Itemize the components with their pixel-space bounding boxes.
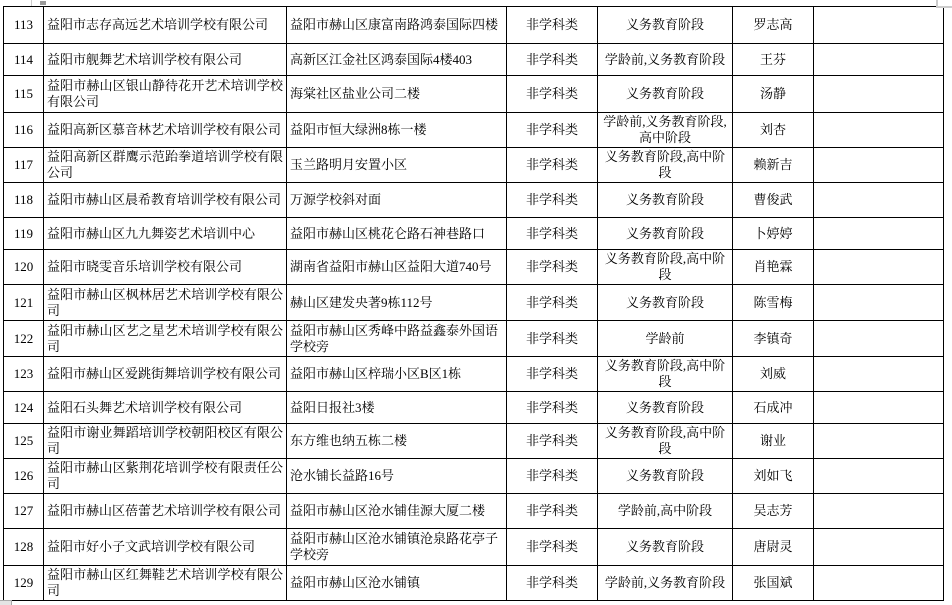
cell-contact-name[interactable]: 刘如飞 xyxy=(733,459,814,494)
cell-school-name[interactable]: 益阳市赫山区蓓蕾艺术培训学校有限公司 xyxy=(44,494,287,529)
cell-empty[interactable] xyxy=(814,7,944,44)
cell-school-name[interactable]: 益阳市好小子文武培训学校有限公司 xyxy=(44,529,287,566)
table-row: 123 益阳市赫山区爱跳街舞培训学校有限公司 益阳市赫山区梓瑞小区B区1栋 非学… xyxy=(4,357,944,392)
cell-row-number[interactable]: 123 xyxy=(4,357,44,392)
cell-school-name[interactable]: 益阳市赫山区艺之星艺术培训学校有限公司 xyxy=(44,321,287,357)
cell-contact-name[interactable]: 张国斌 xyxy=(733,566,814,601)
cell-contact-name[interactable]: 卜婷婷 xyxy=(733,218,814,250)
table-row: 122 益阳市赫山区艺之星艺术培训学校有限公司 益阳市赫山区秀峰中路益鑫泰外国语… xyxy=(4,321,944,357)
cell-empty[interactable] xyxy=(814,76,944,113)
cell-row-number[interactable]: 121 xyxy=(4,285,44,321)
training-schools-table: 113 益阳市志存高远艺术培训学校有限公司 益阳市赫山区康富南路鸿泰国际四楼 非… xyxy=(3,6,944,601)
cell-row-number[interactable]: 129 xyxy=(4,566,44,601)
table-row: 129 益阳市赫山区红舞鞋艺术培训学校有限公司 益阳市赫山区沧水铺镇 非学科类 … xyxy=(4,566,944,601)
cell-category[interactable]: 非学科类 xyxy=(507,357,598,392)
cell-empty[interactable] xyxy=(814,285,944,321)
cell-category[interactable]: 非学科类 xyxy=(507,218,598,250)
table-row: 114 益阳市舰舞艺术培训学校有限公司 高新区江金社区鸿泰国际4楼403 非学科… xyxy=(4,44,944,76)
cell-row-number[interactable]: 117 xyxy=(4,148,44,183)
cell-contact-name[interactable]: 肖艳霖 xyxy=(733,250,814,285)
ui-fragment-top-left-mark xyxy=(40,1,46,5)
cell-education-stage[interactable]: 学龄前,义务教育阶段 xyxy=(598,44,733,76)
cell-education-stage[interactable]: 义务教育阶段 xyxy=(598,392,733,424)
cell-education-stage[interactable]: 义务教育阶段 xyxy=(598,76,733,113)
cell-address[interactable]: 益阳市恒大绿洲8栋一楼 xyxy=(287,113,507,148)
cell-education-stage[interactable]: 义务教育阶段,高中阶段 xyxy=(598,357,733,392)
cell-empty[interactable] xyxy=(814,183,944,218)
cell-category[interactable]: 非学科类 xyxy=(507,76,598,113)
cell-empty[interactable] xyxy=(814,148,944,183)
cell-school-name[interactable]: 益阳市赫山区爱跳街舞培训学校有限公司 xyxy=(44,357,287,392)
cell-empty[interactable] xyxy=(814,424,944,459)
cell-address[interactable]: 益阳市赫山区康富南路鸿泰国际四楼 xyxy=(287,7,507,44)
cell-school-name[interactable]: 益阳市晓雯音乐培训学校有限公司 xyxy=(44,250,287,285)
cell-address[interactable]: 沧水铺长益路16号 xyxy=(287,459,507,494)
cell-category[interactable]: 非学科类 xyxy=(507,459,598,494)
cell-education-stage[interactable]: 义务教育阶段,高中阶段 xyxy=(598,148,733,183)
cell-education-stage[interactable]: 学龄前 xyxy=(598,321,733,357)
cell-row-number[interactable]: 120 xyxy=(4,250,44,285)
cell-row-number[interactable]: 118 xyxy=(4,183,44,218)
table-row: 113 益阳市志存高远艺术培训学校有限公司 益阳市赫山区康富南路鸿泰国际四楼 非… xyxy=(4,7,944,44)
table-row: 115 益阳市赫山区银山静待花开艺术培训学校有限公司 海棠社区盐业公司二楼 非学… xyxy=(4,76,944,113)
cell-category[interactable]: 非学科类 xyxy=(507,494,598,529)
cell-row-number[interactable]: 113 xyxy=(4,7,44,44)
table-row: 127 益阳市赫山区蓓蕾艺术培训学校有限公司 益阳市赫山区沧水铺佳源大厦二楼 非… xyxy=(4,494,944,529)
cell-category[interactable]: 非学科类 xyxy=(507,392,598,424)
cell-category[interactable]: 非学科类 xyxy=(507,566,598,601)
cell-education-stage[interactable]: 义务教育阶段 xyxy=(598,529,733,566)
cell-school-name[interactable]: 益阳市谢业舞蹈培训学校朝阳校区有限公司 xyxy=(44,424,287,459)
cell-row-number[interactable]: 115 xyxy=(4,76,44,113)
cell-address[interactable]: 益阳市赫山区桃花仑路石神巷路口 xyxy=(287,218,507,250)
table-row: 117 益阳高新区群鹰示范跆拳道培训学校有限公司 玉兰路明月安置小区 非学科类 … xyxy=(4,148,944,183)
cell-row-number[interactable]: 127 xyxy=(4,494,44,529)
table-row: 126 益阳市赫山区紫荆花培训学校有限责任公司 沧水铺长益路16号 非学科类 义… xyxy=(4,459,944,494)
cell-empty[interactable] xyxy=(814,321,944,357)
table-row: 128 益阳市好小子文武培训学校有限公司 益阳市赫山区沧水铺镇沧泉路花亭子学校旁… xyxy=(4,529,944,566)
cell-row-number[interactable]: 116 xyxy=(4,113,44,148)
cell-education-stage[interactable]: 义务教育阶段 xyxy=(598,285,733,321)
cell-address[interactable]: 赫山区建发央著9栋112号 xyxy=(287,285,507,321)
cell-address[interactable]: 益阳日报社3楼 xyxy=(287,392,507,424)
cell-contact-name[interactable]: 罗志高 xyxy=(733,7,814,44)
cell-contact-name[interactable]: 李镇奇 xyxy=(733,321,814,357)
scrollbar-fragment-bottom-left xyxy=(0,600,12,605)
cell-school-name[interactable]: 益阳市赫山区晨希教育培训学校有限公司 xyxy=(44,183,287,218)
scrollbar-fragment-top-right-h xyxy=(936,6,952,8)
cell-row-number[interactable]: 114 xyxy=(4,44,44,76)
cell-address[interactable]: 湖南省益阳市赫山区益阳大道740号 xyxy=(287,250,507,285)
cell-address[interactable]: 益阳市赫山区秀峰中路益鑫泰外国语学校旁 xyxy=(287,321,507,357)
cell-address[interactable]: 益阳市赫山区沧水铺镇 xyxy=(287,566,507,601)
cell-school-name[interactable]: 益阳石头舞艺术培训学校有限公司 xyxy=(44,392,287,424)
cell-education-stage[interactable]: 义务教育阶段 xyxy=(598,183,733,218)
cell-category[interactable]: 非学科类 xyxy=(507,529,598,566)
cell-contact-name[interactable]: 吴志芳 xyxy=(733,494,814,529)
cell-category[interactable]: 非学科类 xyxy=(507,44,598,76)
table-row: 125 益阳市谢业舞蹈培训学校朝阳校区有限公司 东方维也纳五栋二楼 非学科类 义… xyxy=(4,424,944,459)
cell-contact-name[interactable]: 刘威 xyxy=(733,357,814,392)
cell-education-stage[interactable]: 义务教育阶段 xyxy=(598,218,733,250)
cell-address[interactable]: 益阳市赫山区梓瑞小区B区1栋 xyxy=(287,357,507,392)
cell-category[interactable]: 非学科类 xyxy=(507,148,598,183)
spreadsheet-table-view: 113 益阳市志存高远艺术培训学校有限公司 益阳市赫山区康富南路鸿泰国际四楼 非… xyxy=(3,6,944,601)
cell-contact-name[interactable]: 石成冲 xyxy=(733,392,814,424)
cell-contact-name[interactable]: 唐尉灵 xyxy=(733,529,814,566)
scrollbar-fragment-top-left xyxy=(31,0,32,6)
cell-empty[interactable] xyxy=(814,218,944,250)
cell-category[interactable]: 非学科类 xyxy=(507,321,598,357)
cell-contact-name[interactable]: 陈雪梅 xyxy=(733,285,814,321)
cell-category[interactable]: 非学科类 xyxy=(507,7,598,44)
cell-address[interactable]: 益阳市赫山区沧水铺镇沧泉路花亭子学校旁 xyxy=(287,529,507,566)
cell-address[interactable]: 海棠社区盐业公司二楼 xyxy=(287,76,507,113)
cell-category[interactable]: 非学科类 xyxy=(507,250,598,285)
cell-school-name[interactable]: 益阳高新区群鹰示范跆拳道培训学校有限公司 xyxy=(44,148,287,183)
cell-empty[interactable] xyxy=(814,459,944,494)
cell-row-number[interactable]: 124 xyxy=(4,392,44,424)
cell-empty[interactable] xyxy=(814,250,944,285)
cell-education-stage[interactable]: 义务教育阶段,高中阶段 xyxy=(598,424,733,459)
table-row: 120 益阳市晓雯音乐培训学校有限公司 湖南省益阳市赫山区益阳大道740号 非学… xyxy=(4,250,944,285)
cell-address[interactable]: 玉兰路明月安置小区 xyxy=(287,148,507,183)
cell-contact-name[interactable]: 赖新吉 xyxy=(733,148,814,183)
cell-empty[interactable] xyxy=(814,529,944,566)
cell-school-name[interactable]: 益阳市赫山区紫荆花培训学校有限责任公司 xyxy=(44,459,287,494)
cell-school-name[interactable]: 益阳市赫山区银山静待花开艺术培训学校有限公司 xyxy=(44,76,287,113)
cell-education-stage[interactable]: 学龄前,义务教育阶段 xyxy=(598,566,733,601)
cell-category[interactable]: 非学科类 xyxy=(507,183,598,218)
cell-address[interactable]: 东方维也纳五栋二楼 xyxy=(287,424,507,459)
cell-school-name[interactable]: 益阳市赫山区红舞鞋艺术培训学校有限公司 xyxy=(44,566,287,601)
cell-school-name[interactable]: 益阳市舰舞艺术培训学校有限公司 xyxy=(44,44,287,76)
cell-category[interactable]: 非学科类 xyxy=(507,113,598,148)
cell-row-number[interactable]: 122 xyxy=(4,321,44,357)
cell-empty[interactable] xyxy=(814,44,944,76)
cell-education-stage[interactable]: 义务教育阶段 xyxy=(598,7,733,44)
cell-education-stage[interactable]: 义务教育阶段 xyxy=(598,459,733,494)
cell-school-name[interactable]: 益阳市赫山区枫林居艺术培训学校有限公司 xyxy=(44,285,287,321)
cell-education-stage[interactable]: 义务教育阶段,高中阶段 xyxy=(598,250,733,285)
cell-address[interactable]: 益阳市赫山区沧水铺佳源大厦二楼 xyxy=(287,494,507,529)
cell-empty[interactable] xyxy=(814,566,944,601)
table-row: 119 益阳市赫山区九九舞姿艺术培训中心 益阳市赫山区桃花仑路石神巷路口 非学科… xyxy=(4,218,944,250)
cell-education-stage[interactable]: 学龄前,高中阶段 xyxy=(598,494,733,529)
table-row: 116 益阳高新区慕音林艺术培训学校有限公司 益阳市恒大绿洲8栋一楼 非学科类 … xyxy=(4,113,944,148)
cell-school-name[interactable]: 益阳高新区慕音林艺术培训学校有限公司 xyxy=(44,113,287,148)
table-row: 124 益阳石头舞艺术培训学校有限公司 益阳日报社3楼 非学科类 义务教育阶段 … xyxy=(4,392,944,424)
cell-category[interactable]: 非学科类 xyxy=(507,285,598,321)
cell-row-number[interactable]: 119 xyxy=(4,218,44,250)
cell-empty[interactable] xyxy=(814,392,944,424)
cell-category[interactable]: 非学科类 xyxy=(507,424,598,459)
cell-contact-name[interactable]: 王芬 xyxy=(733,44,814,76)
cell-contact-name[interactable]: 谢业 xyxy=(733,424,814,459)
cell-address[interactable]: 万源学校斜对面 xyxy=(287,183,507,218)
cell-contact-name[interactable]: 曹俊武 xyxy=(733,183,814,218)
table-row: 118 益阳市赫山区晨希教育培训学校有限公司 万源学校斜对面 非学科类 义务教育… xyxy=(4,183,944,218)
cell-row-number[interactable]: 126 xyxy=(4,459,44,494)
cell-school-name[interactable]: 益阳市赫山区九九舞姿艺术培训中心 xyxy=(44,218,287,250)
cell-address[interactable]: 高新区江金社区鸿泰国际4楼403 xyxy=(287,44,507,76)
cell-education-stage[interactable]: 学龄前,义务教育阶段,高中阶段 xyxy=(598,113,733,148)
cell-empty[interactable] xyxy=(814,357,944,392)
cell-contact-name[interactable]: 汤静 xyxy=(733,76,814,113)
cell-row-number[interactable]: 128 xyxy=(4,529,44,566)
cell-empty[interactable] xyxy=(814,113,944,148)
cell-school-name[interactable]: 益阳市志存高远艺术培训学校有限公司 xyxy=(44,7,287,44)
cell-empty[interactable] xyxy=(814,494,944,529)
cell-row-number[interactable]: 125 xyxy=(4,424,44,459)
table-row: 121 益阳市赫山区枫林居艺术培训学校有限公司 赫山区建发央著9栋112号 非学… xyxy=(4,285,944,321)
cell-contact-name[interactable]: 刘杏 xyxy=(733,113,814,148)
